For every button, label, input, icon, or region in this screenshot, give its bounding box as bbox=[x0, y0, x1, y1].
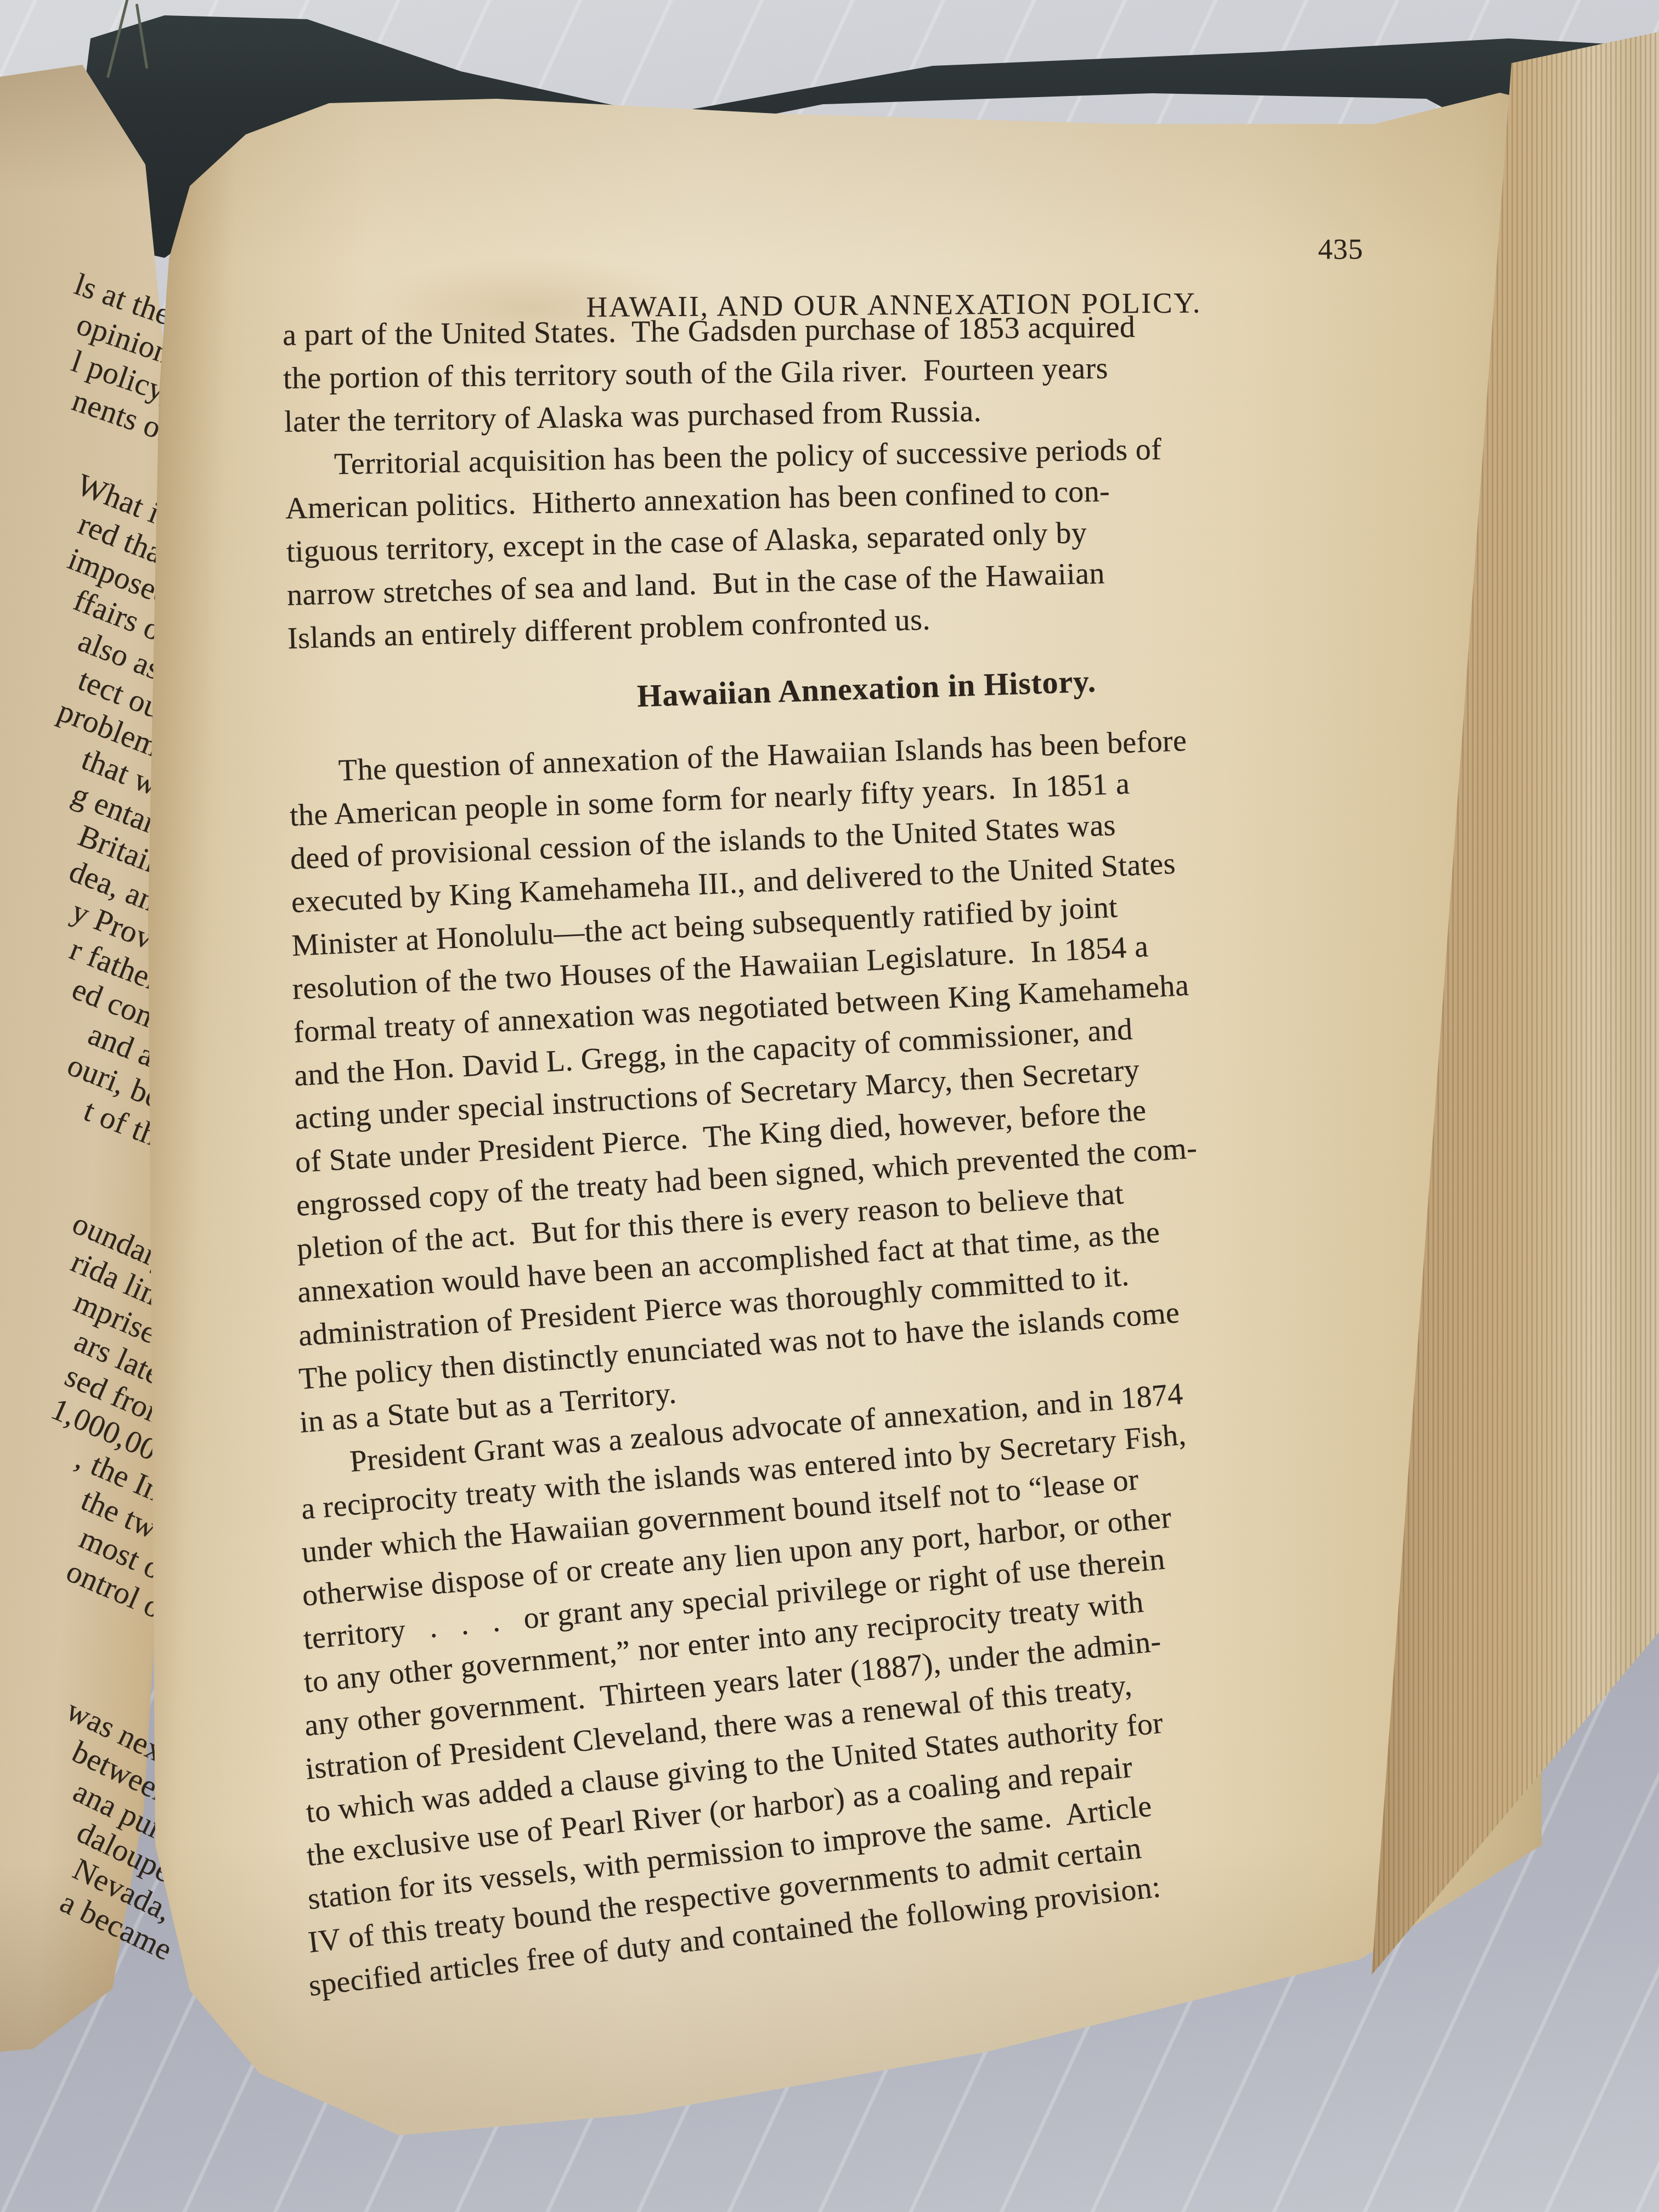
left-page-fragment-group: ls at theopinionl policy,nents of bbox=[0, 296, 170, 452]
main-text: HAWAII, AND OUR ANNEXATION POLICY. 435 a… bbox=[283, 230, 1451, 2008]
main-text-lines: a part of the United States. The Gadsden… bbox=[283, 314, 1451, 2008]
left-page-fragment-group: What isred thatimposedffairs ofalso as-t… bbox=[0, 499, 170, 1161]
page-header: HAWAII, AND OUR ANNEXATION POLICY. 435 bbox=[283, 222, 1452, 283]
left-page-fragment-group: oundaryrida linemprisedars latersed from… bbox=[0, 1244, 170, 1633]
left-page-fragment-group: was nextbetweenana pur-daloupeNevada,a b… bbox=[0, 1737, 170, 1971]
page-number: 435 bbox=[1318, 223, 1363, 276]
book-photo: ls at theopinionl policy,nents ofWhat is… bbox=[0, 0, 1659, 2212]
left-page-lines: ls at theopinionl policy,nents ofWhat is… bbox=[0, 296, 170, 1971]
